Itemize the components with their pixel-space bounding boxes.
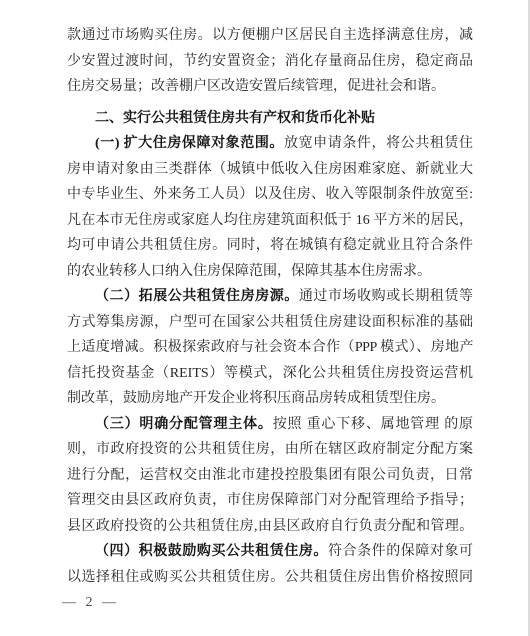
document-line: 均可申请公共租赁住房。同时，将在城镇有稳定就业且符合条件: [67, 233, 473, 259]
document-line: 少安置过渡时间，节约安置资金；消化存量商品住房，稳定商品: [67, 49, 473, 75]
document-body: 款通过市场购买住房。以方便棚户区居民自主选择满意住房，减 少安置过渡时间，节约安…: [67, 23, 473, 616]
document-line: 款通过市场购买住房。以方便棚户区居民自主选择满意住房，减: [67, 23, 473, 49]
subsection-title: （二）拓展公共租赁住房房源。: [95, 289, 299, 304]
line-text: 放宽申请条件，将公共租赁住: [284, 136, 473, 151]
document-line: 制改革，鼓励房地产开发企业将积压商品房转成租赁型住房。: [67, 386, 473, 412]
page-number: — 2 —: [62, 590, 473, 616]
document-line: （二）拓展公共租赁住房房源。通过市场收购或长期租赁等: [67, 284, 473, 310]
document-line: 信托投资基金（REITS）等模式，深化公共租赁住房投资运营机: [67, 361, 473, 387]
document-line: 房申请对象由三类群体（城镇中低收入住房困难家庭、新就业大: [67, 157, 473, 183]
line-text: 按照 重心下移、属地管理 的原: [273, 417, 473, 432]
document-line: （四）积极鼓励购买公共租赁住房。符合条件的保障对象可: [67, 539, 473, 565]
document-line: 县区政府投资的公共租赁住房,由县区政府自行负责分配和管理。: [67, 514, 473, 540]
document-line: 凡在本市无住房或家庭人均住房建筑面积低于 16 平方米的居民，: [67, 208, 473, 234]
document-page: 款通过市场购买住房。以方便棚户区居民自主选择满意住房，减 少安置过渡时间，节约安…: [0, 0, 530, 636]
line-text: 符合条件的保障对象可: [328, 544, 473, 559]
document-line: 以选择租住或购买公共租赁住房。公共租赁住房出售价格按照同: [67, 565, 473, 591]
document-line: （三）明确分配管理主体。按照 重心下移、属地管理 的原: [67, 412, 473, 438]
document-line: 进行分配，运营权交由淮北市建投控股集团有限公司负责，日常: [67, 463, 473, 489]
subsection-title: (一) 扩大住房保障对象范围。: [95, 136, 284, 151]
document-line: (一) 扩大住房保障对象范围。放宽申请条件，将公共租赁住: [67, 131, 473, 157]
document-line: 的农业转移人口纳入住房保障范围，保障其基本住房需求。: [67, 259, 473, 285]
document-line: 管理交由县区政府负责，市住房保障部门对分配管理给予指导；: [67, 488, 473, 514]
document-line: 上适度增减。积极探索政府与社会资本合作（PPP 模式）、房地产: [67, 335, 473, 361]
document-line: 则，市政府投资的公共租赁住房，由所在辖区政府制定分配方案: [67, 437, 473, 463]
line-text: 通过市场收购或长期租赁等: [299, 289, 473, 304]
subsection-title: （三）明确分配管理主体。: [95, 417, 273, 432]
document-line: 方式筹集房源，户型可在国家公共租赁住房建设面积标准的基础: [67, 310, 473, 336]
subsection-title: （四）积极鼓励购买公共租赁住房。: [95, 544, 328, 559]
document-line: 中专毕业生、外来务工人员）以及住房、收入等限制条件放宽至:: [67, 182, 473, 208]
section-heading: 二、实行公共租赁住房共有产权和货币化补贴: [67, 106, 473, 132]
document-line: 住房交易量；改善棚户区改造安置后续管理，促进社会和谐。: [67, 74, 473, 100]
